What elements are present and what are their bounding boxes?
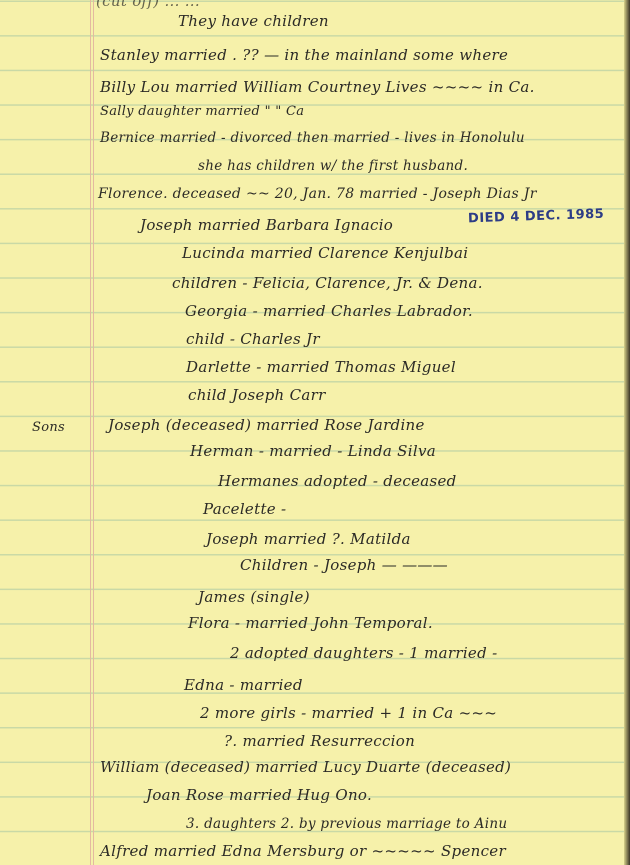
text-line: Pacelette - [203, 500, 286, 518]
text-line: children - Felicia, Clarence, Jr. & Dena… [172, 274, 483, 292]
text-line: 2 adopted daughters - 1 married - [230, 644, 497, 662]
text-line: Joseph married Barbara Ignacio [140, 216, 393, 234]
page-edge-shadow [624, 0, 630, 865]
legal-pad-page: (cut off) ... ... They have children Sta… [0, 0, 624, 865]
text-line: Stanley married . ?? — in the mainland s… [100, 46, 508, 64]
text-line: Children - Joseph — ——— [240, 556, 448, 574]
text-line: William (deceased) married Lucy Duarte (… [100, 758, 511, 776]
text-line: Hermanes adopted - deceased [218, 472, 457, 490]
text-line: Joseph (deceased) married Rose Jardine [108, 416, 425, 434]
text-line: Flora - married John Temporal. [188, 614, 433, 632]
text-line: Florence. deceased ~~ 20, Jan. 78 marrie… [98, 186, 537, 202]
text-line: 2 more girls - married + 1 in Ca ~~~ [200, 704, 497, 722]
died-stamp: DIED 4 DEC. 1985 [468, 207, 605, 227]
text-line: Alfred married Edna Mersburg or ~~~~~ Sp… [100, 842, 506, 860]
text-line: 3. daughters 2. by previous marriage to … [186, 816, 507, 832]
text-line: Lucinda married Clarence Kenjulbai [182, 244, 468, 262]
text-line: Billy Lou married William Courtney Lives… [100, 78, 535, 96]
text-line: Joseph married ?. Matilda [206, 530, 411, 548]
text-line: Darlette - married Thomas Miguel [186, 358, 456, 376]
margin-line [93, 0, 94, 865]
text-line: They have children [178, 12, 329, 30]
text-line: child Joseph Carr [188, 386, 326, 404]
text-line: Herman - married - Linda Silva [190, 442, 436, 460]
text-line: James (single) [198, 588, 310, 606]
text-line: child - Charles Jr [186, 330, 320, 348]
text-line: Edna - married [184, 676, 303, 694]
margin-note-sons: Sons [32, 420, 65, 435]
margin-line [90, 0, 91, 865]
text-line: Joan Rose married Hug Ono. [146, 786, 372, 804]
text-line: ?. married Resurreccion [224, 732, 415, 750]
text-line: Bernice married - divorced then married … [100, 130, 525, 146]
text-line: she has children w/ the first husband. [198, 158, 468, 174]
text-line: Sally daughter married " " Ca [100, 104, 304, 119]
text-line-cutoff: (cut off) ... ... [96, 0, 200, 10]
text-line: Georgia - married Charles Labrador. [185, 302, 473, 320]
